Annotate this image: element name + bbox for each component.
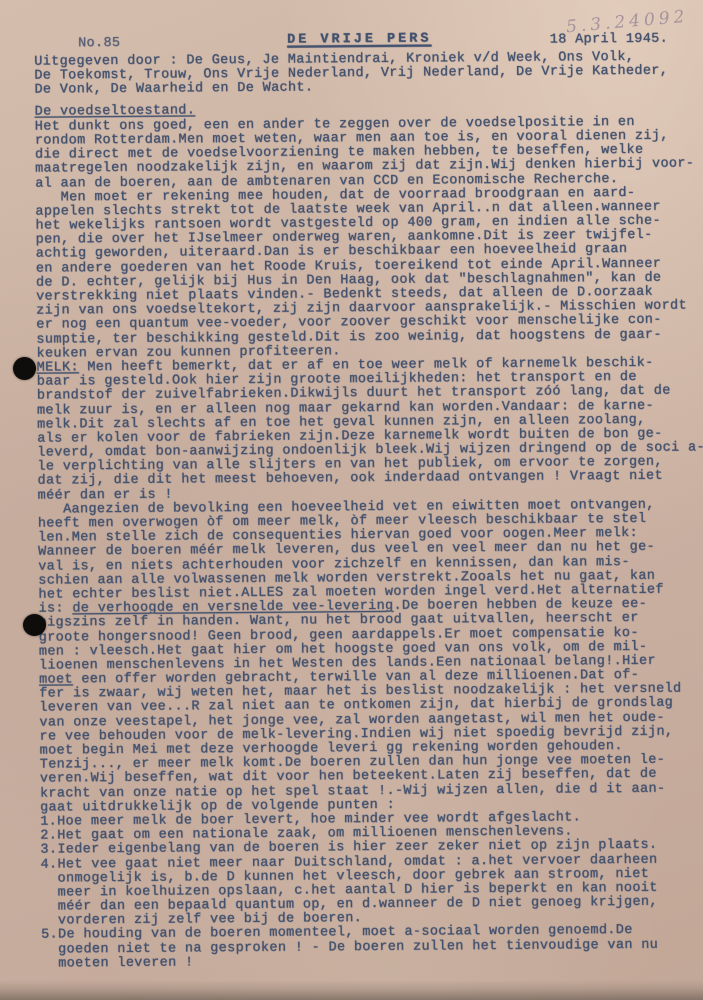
newspaper-title: DE VRIJE PERS (287, 31, 431, 47)
publisher-lines: Uitgegeven door : De Geus, Je Maintiendr… (34, 50, 696, 98)
issue-date: 18 April 1945. (550, 32, 668, 48)
page-bottom-shadow (0, 980, 703, 1000)
issue-number: No.85 (78, 36, 120, 51)
punch-hole-top (13, 357, 36, 380)
document-content: No.85 DE VRIJE PERS 18 April 1945. Uitge… (34, 31, 703, 971)
document-page: 5.3.24092 No.85 DE VRIJE PERS 18 April 1… (0, 0, 703, 1000)
article-heading: De voedseltoestand. (35, 104, 196, 119)
text-line: moeten leveren ! (41, 952, 703, 971)
article-body: Het dunkt ons goed, een en ander te zegg… (35, 115, 703, 971)
punch-hole-bottom (23, 614, 46, 636)
